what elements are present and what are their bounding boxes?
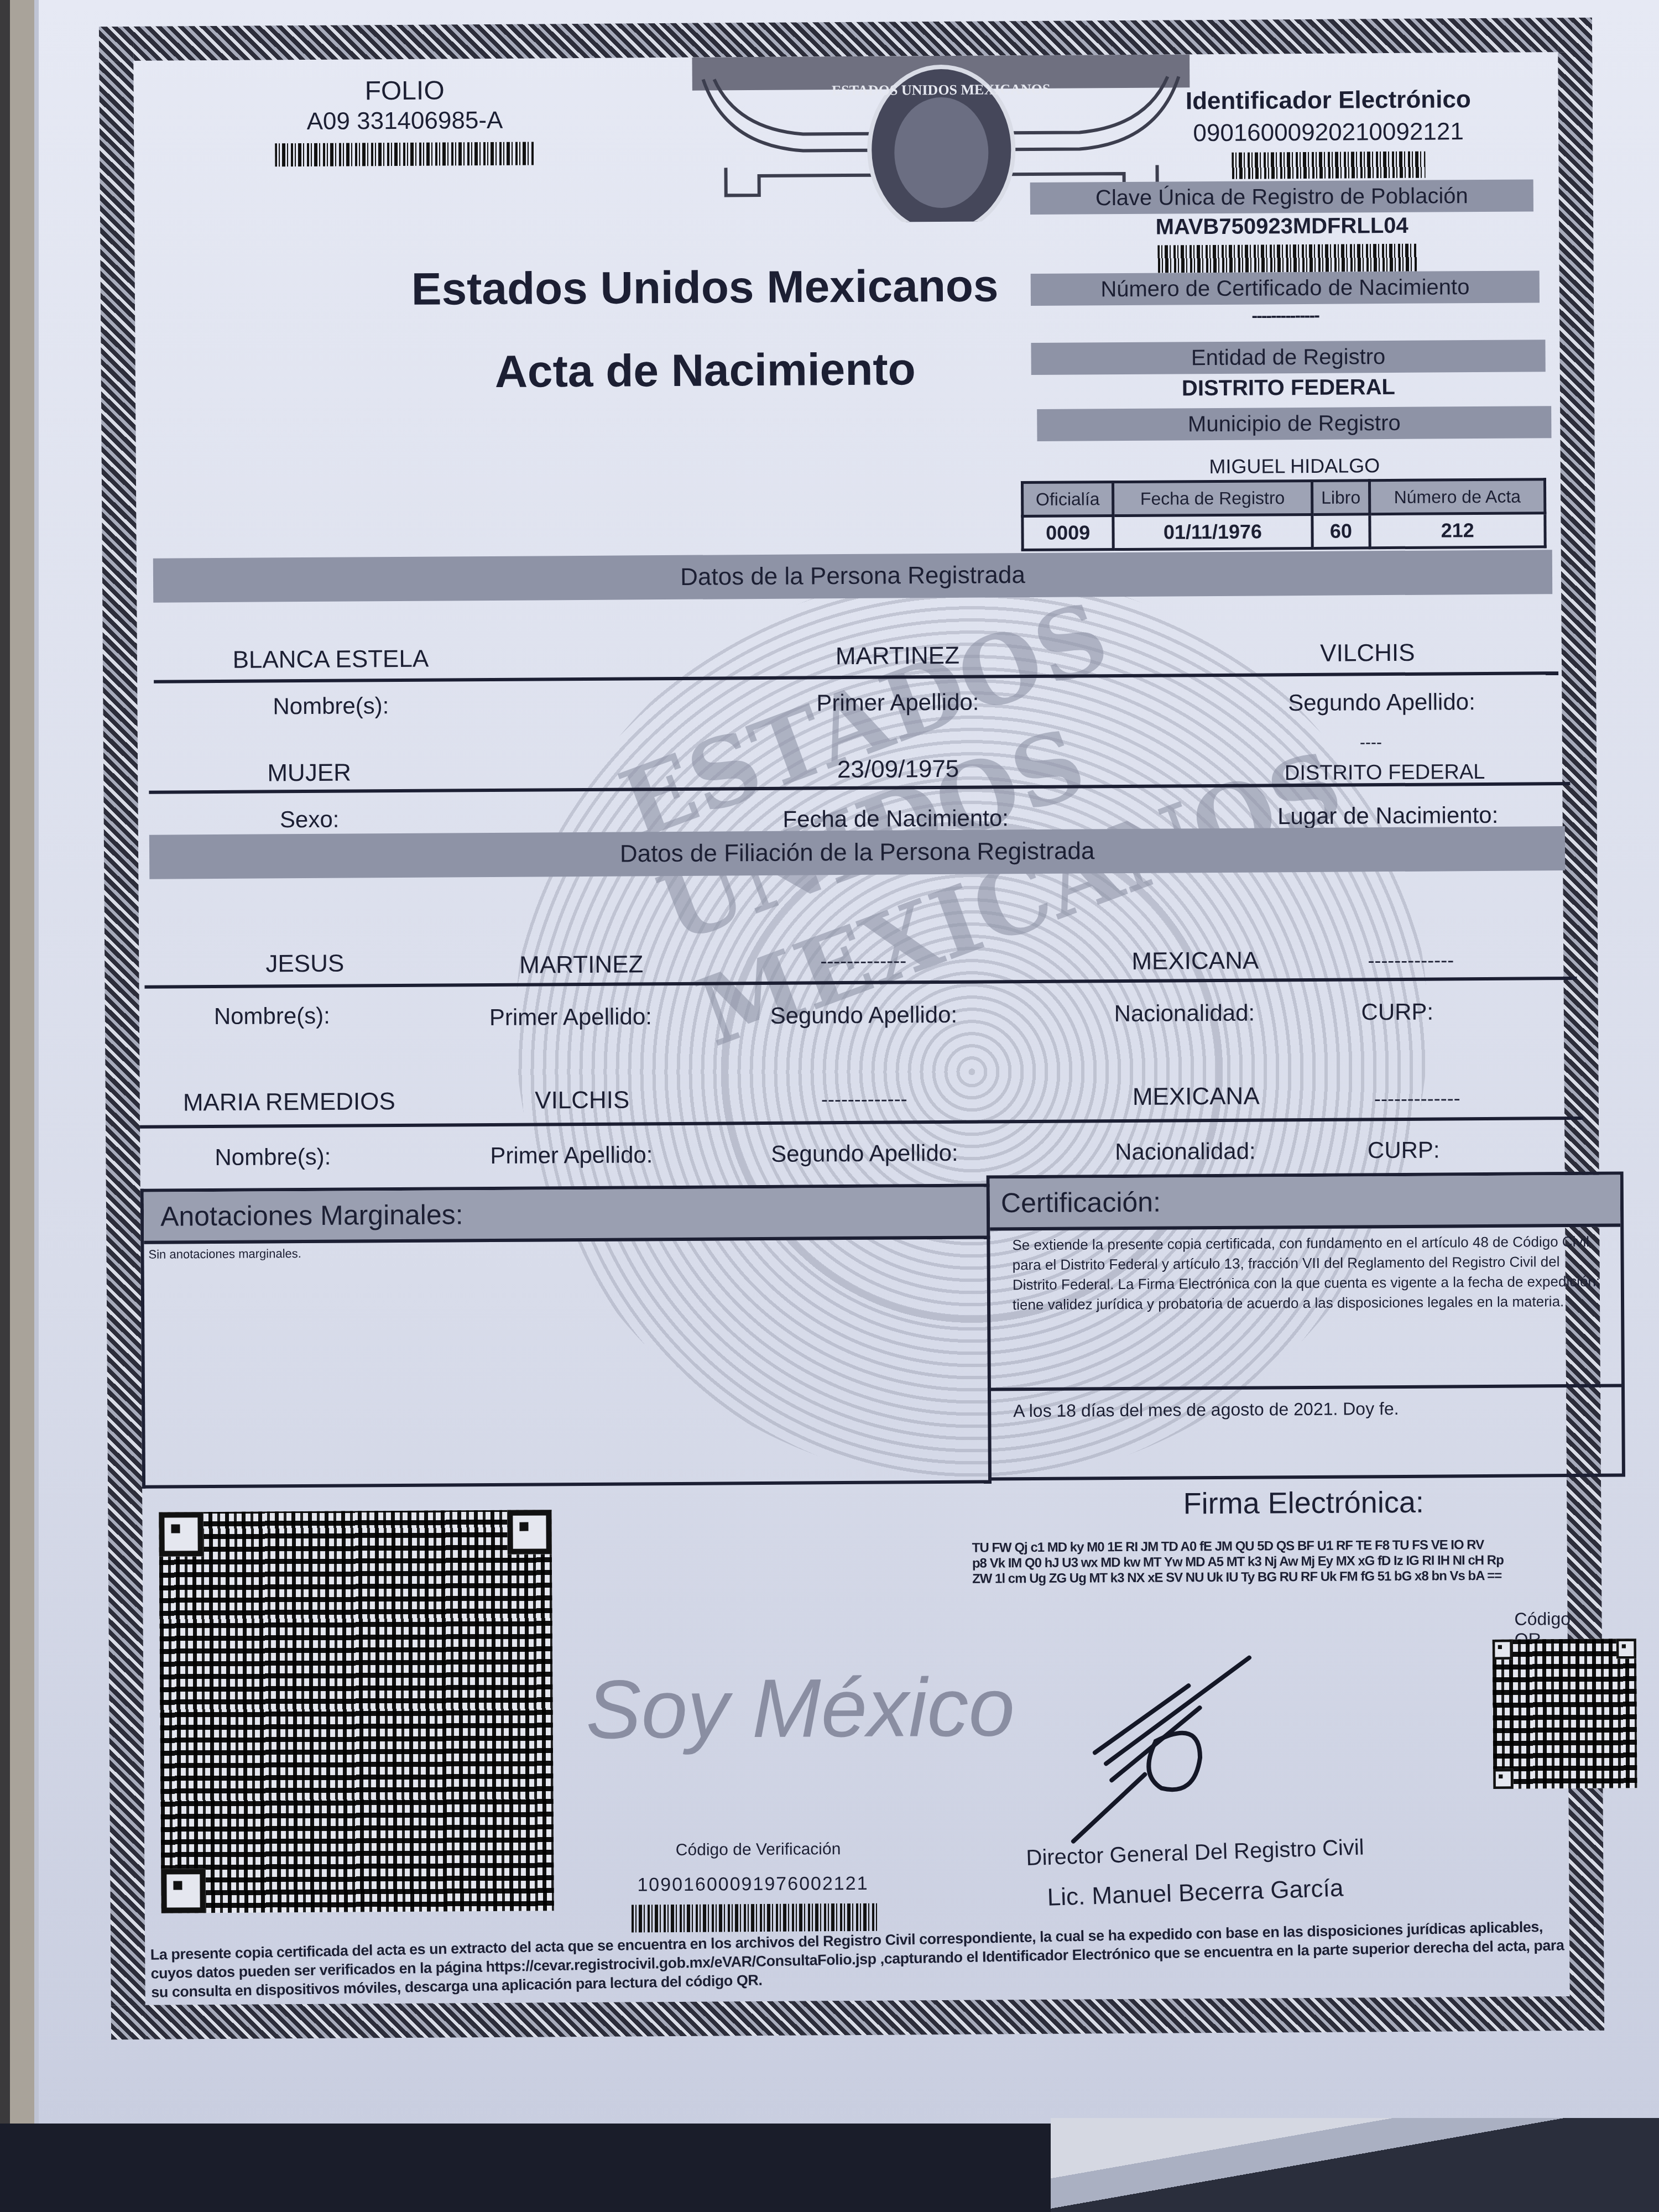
nombre-label: Nombre(s): <box>204 692 458 720</box>
verification-qr-code[interactable] <box>159 1510 554 1913</box>
curp-value: MAVB750923MDFRLL04 <box>1030 212 1533 241</box>
registro-header: Fecha de Registro <box>1113 481 1312 515</box>
folio-label: FOLIO <box>266 75 542 107</box>
background-object-left <box>0 0 39 2190</box>
madre-segundo-apellido-label: Segundo Apellido: <box>743 1140 986 1168</box>
padre-curp-label: CURP: <box>1328 998 1467 1026</box>
madre-curp: ------------- <box>1340 1087 1495 1111</box>
identificador-label: Identificador Electrónico <box>1102 85 1555 116</box>
certificado-value: -------------- <box>1031 304 1540 327</box>
madre-nombre-label: Nombre(s): <box>190 1143 356 1171</box>
qr-finder-icon <box>159 1512 203 1556</box>
fecha-registro-value: 01/11/1976 <box>1113 514 1312 549</box>
sexo-label: Sexo: <box>205 806 415 833</box>
director-name: Lic. Manuel Becerra García <box>985 1872 1406 1914</box>
curp-barcode <box>1157 244 1417 273</box>
registro-header: Número de Acta <box>1370 479 1545 514</box>
soy-mexico-slogan: Soy México <box>586 1659 1015 1757</box>
entidad-value: DISTRITO FEDERAL <box>1031 374 1546 402</box>
registro-header: Libro <box>1312 481 1370 515</box>
municipio-label: Municipio de Registro <box>1037 406 1551 441</box>
persona-primer-apellido: MARTINEZ <box>773 641 1022 671</box>
padre-nombre-label: Nombre(s): <box>189 1002 355 1030</box>
primer-apellido-label: Primer Apellido: <box>773 688 1022 717</box>
firma-line: ZW 1l cm Ug ZG Ug MT k3 NX xE SV NU Uk I… <box>972 1568 1580 1587</box>
numero-acta-value: 212 <box>1370 513 1545 548</box>
qr-finder-icon <box>1616 1639 1636 1658</box>
registro-table: Oficialía Fecha de Registro Libro Número… <box>1021 478 1547 551</box>
madre-primer-apellido: VILCHIS <box>499 1086 665 1115</box>
padre-nombre: JESUS <box>222 950 388 978</box>
qr-finder-icon <box>1493 1769 1513 1789</box>
folio-block: FOLIO A09 331406985-A <box>266 75 543 166</box>
madre-segundo-apellido: ------------- <box>781 1087 947 1112</box>
identificador-value: 09016000920210092121 <box>1102 117 1555 148</box>
filiacion-section-header: Datos de Filiación de la Persona Registr… <box>149 826 1565 879</box>
document-title: Acta de Nacimiento <box>494 343 916 398</box>
persona-fecha-nacimiento: 23/09/1975 <box>774 755 1022 784</box>
qr-finder-icon <box>161 1869 205 1913</box>
oficialia-value: 0009 <box>1022 516 1114 550</box>
firma-title: Firma Electrónica: <box>1027 1484 1580 1522</box>
certificacion-fecha: A los 18 días del mes de agosto de 2021.… <box>991 1384 1621 1432</box>
certificate-body: ESTADOS UNIDOS MEXICANOS ESTADOS UNIDOS … <box>133 52 1569 2005</box>
padre-primer-apellido-label: Primer Apellido: <box>460 1003 681 1031</box>
padre-curp: ------------- <box>1333 948 1488 973</box>
persona-segundo-apellido: VILCHIS <box>1243 639 1492 668</box>
qr-finder-icon <box>1493 1640 1512 1660</box>
padre-segundo-apellido: ------------- <box>780 949 946 973</box>
certificacion-box: Certificación: Se extiende la presente c… <box>987 1171 1625 1480</box>
verificacion-value: 10901600091976002121 <box>614 1873 891 1896</box>
madre-nombre: MARIA REMEDIOS <box>156 1088 422 1117</box>
country-title: Estados Unidos Mexicanos <box>411 260 999 315</box>
padre-segundo-apellido-label: Segundo Apellido: <box>742 1001 985 1030</box>
madre-nacionalidad: MEXICANA <box>1097 1082 1296 1111</box>
anotaciones-box: Anotaciones Marginales: Sin anotaciones … <box>140 1183 992 1488</box>
verificacion-barcode <box>632 1903 878 1933</box>
firma-hash: TU FW Qj c1 MD ky M0 1E RI JM TD A0 fE J… <box>972 1537 1580 1587</box>
folio-barcode <box>275 142 535 166</box>
persona-nombre: BLANCA ESTELA <box>204 645 458 674</box>
fecha-nacimiento-label: Fecha de Nacimiento: <box>758 805 1034 833</box>
padre-nacionalidad-label: Nacionalidad: <box>1074 999 1295 1027</box>
small-qr-code[interactable] <box>1493 1639 1637 1789</box>
qr-finder-icon <box>507 1510 551 1554</box>
padre-nacionalidad: MEXICANA <box>1095 947 1295 975</box>
persona-lugar-nacimiento: DISTRITO FEDERAL <box>1233 760 1537 785</box>
anotaciones-title: Anotaciones Marginales: <box>144 1187 990 1244</box>
folio-value: A09 331406985-A <box>267 106 543 135</box>
persona-sexo: MUJER <box>204 759 414 787</box>
curp-label: Clave Única de Registro de Población <box>1030 179 1533 215</box>
persona-section-header: Datos de la Persona Registrada <box>153 550 1552 602</box>
entidad-label: Entidad de Registro <box>1031 340 1545 375</box>
madre-curp-label: CURP: <box>1334 1136 1473 1164</box>
certificado-label: Número de Certificado de Nacimiento <box>1031 270 1540 306</box>
background-surface-bottom-right <box>1051 2118 1659 2212</box>
registro-header: Oficialía <box>1022 482 1113 517</box>
certificate-frame: ESTADOS UNIDOS MEXICANOS ESTADOS UNIDOS … <box>99 18 1604 2039</box>
segundo-apellido-label: Segundo Apellido: <box>1243 688 1520 717</box>
padre-primer-apellido: MARTINEZ <box>487 951 675 979</box>
libro-value: 60 <box>1312 514 1370 549</box>
anotaciones-text: Sin anotaciones marginales. <box>144 1239 990 1265</box>
verificacion-label: Código de Verificación <box>620 1840 896 1860</box>
svg-text:ESTADOS UNIDOS MEXICANOS: ESTADOS UNIDOS MEXICANOS <box>832 81 1051 98</box>
municipio-value: MIGUEL HIDALGO <box>1037 453 1552 479</box>
identificador-block: Identificador Electrónico 09016000920210… <box>1102 85 1556 180</box>
extra-dash: ---- <box>1338 733 1404 753</box>
madre-primer-apellido-label: Primer Apellido: <box>461 1141 682 1169</box>
lugar-nacimiento-label: Lugar de Nacimiento: <box>1233 801 1543 830</box>
signature-icon <box>1061 1647 1261 1847</box>
certificacion-title: Certificación: <box>990 1175 1621 1231</box>
madre-nacionalidad-label: Nacionalidad: <box>1074 1138 1296 1165</box>
identificador-barcode <box>1232 152 1425 179</box>
certificacion-text: Se extiende la presente copia certificad… <box>990 1227 1621 1388</box>
